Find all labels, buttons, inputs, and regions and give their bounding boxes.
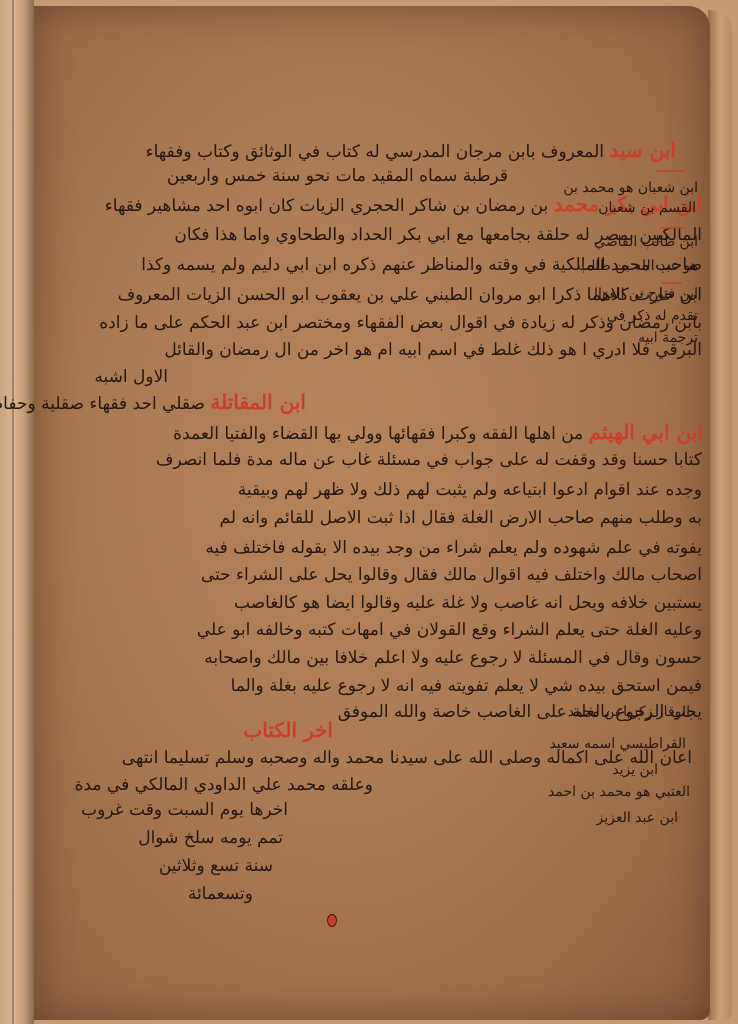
book-spine	[0, 0, 34, 1024]
end-mark-dot	[327, 914, 337, 927]
spine-crease	[12, 0, 14, 1024]
text-line: صقلي احد فقهاء صقلية وحفاظها	[0, 394, 205, 414]
text-line: به وطلب منهم صاحب الارض الغلة فقال اذا ث…	[220, 508, 702, 528]
colophon-line: سنة تسع وثلاثين	[159, 856, 273, 876]
text-line: بن رمضان بن شاكر الحجري الزيات كان ابوه …	[105, 196, 548, 216]
text-line: البرقي فلا ادري ا هو ذلك غلط في اسم ابيه…	[164, 340, 702, 360]
entry-heading: ابن المقاتلة	[210, 390, 306, 414]
margin-note-line: ابن يزيد	[612, 760, 658, 780]
colophon-line: تمم يومه سلخ شوال	[138, 828, 283, 848]
text-line: فيمن استحق بيده شي لا يعلم تفويته فيه ان…	[231, 676, 702, 696]
text-line: اصحاب مالك واختلف فيه اقوال مالك فقال وق…	[201, 565, 702, 585]
margin-note-line: ابن شعبان هو محمد بن	[563, 178, 698, 198]
colophon-line: اخرها يوم السبت وقت غروب	[81, 800, 288, 820]
colophon-line: وعلقه محمد علي الداودي المالكي في مدة	[75, 775, 373, 795]
margin-note-line: ابن عبد العزيز	[596, 808, 678, 828]
entry-heading: ابن ابي الهيثم	[589, 420, 703, 444]
text-line: وجده عند اقوام ادعوا ابتياعه ولم يثبت له…	[238, 480, 702, 500]
margin-note-line: تقدم له ذكر في	[607, 306, 698, 326]
margin-note-line: الوقار زكريا بن محمد	[568, 702, 690, 722]
text-line: الاول اشبه	[94, 367, 168, 387]
margin-note-line: هو عبد الله بن طالب	[577, 256, 698, 276]
margin-note-line: ابن فتوح بن الغزال	[588, 284, 698, 304]
colophon-heading: اخر الكتاب	[243, 718, 333, 742]
text-line: يستبين خلافه ويحل انه غاصب ولا غلة عليه …	[234, 593, 702, 613]
text-line: حسون وقال في المسئلة لا رجوع عليه ولا اع…	[204, 648, 702, 668]
margin-marker	[660, 227, 684, 229]
text-line: كتابا حسنا وقد وقفت له على جواب في مسئلة…	[156, 450, 702, 470]
text-line: من اهلها الفقه وكبرا فقهائها وولي بها ال…	[173, 424, 583, 444]
text-line: وعليه الغلة حتى يعلم الشراء وقع القولان …	[197, 620, 702, 640]
margin-note-line: القسم بن شعبان	[598, 198, 696, 218]
margin-note-line: العتبي هو محمد بن احمد	[548, 782, 690, 802]
colophon-line: وتسعمائة	[188, 884, 253, 904]
margin-note-line: ترجمة ابيه	[638, 328, 698, 348]
text-line: قرطبة سماه المقيد مات نحو سنة خمس واربعي…	[167, 166, 508, 186]
margin-note-line: القراطيسي اسمه سعيد	[549, 734, 686, 754]
text-line: يفوته في علم شهوده ولم يعلم شراء من وجد …	[205, 538, 702, 558]
entry-heading: ابن سيد	[609, 138, 676, 162]
page-edge	[708, 10, 732, 1020]
margin-marker	[656, 170, 684, 172]
text-line: المعروف بابن مرجان المدرسي له كتاب في ال…	[146, 142, 604, 162]
margin-note-line: ابن طالب القاضي	[594, 232, 698, 252]
